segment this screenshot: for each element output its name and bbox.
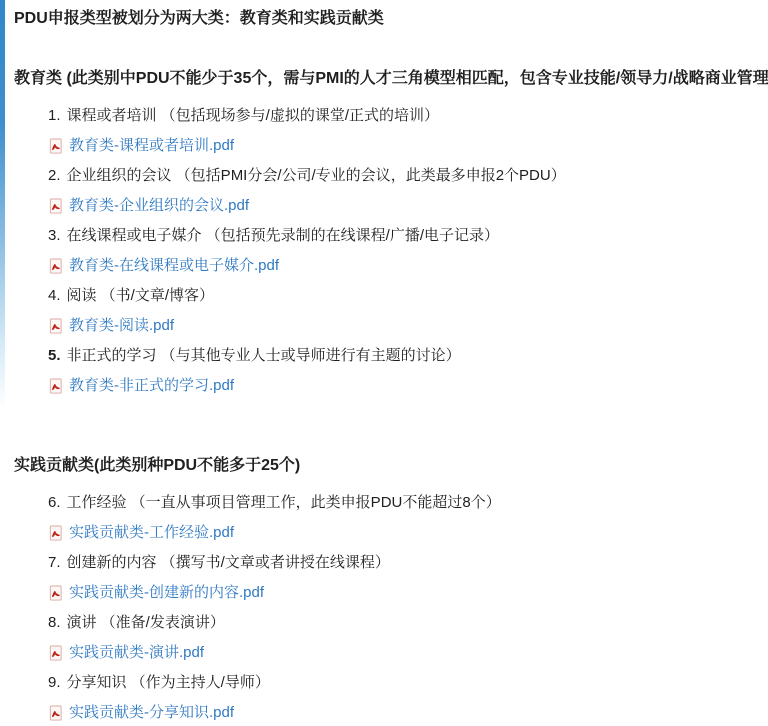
pdf-link-row: 教育类-在线课程或电子媒介.pdf [48, 255, 762, 276]
item-number: 9. [48, 674, 61, 691]
list-item: 6.工作经验 （一直从事项目管理工作，此类申报PDU不能超过8个） [48, 492, 762, 513]
pdf-link-row: 实践贡献类-分享知识.pdf [48, 702, 762, 723]
pdf-link-row: 教育类-非正式的学习.pdf [48, 375, 762, 396]
pdf-link[interactable]: 实践贡献类-创建新的内容.pdf [69, 582, 264, 603]
pdf-link[interactable]: 实践贡献类-工作经验.pdf [69, 522, 234, 543]
list-item: 1.课程或者培训 （包括现场参与/虚拟的课堂/正式的培训） [48, 105, 762, 126]
item-text: 课程或者培训 （包括现场参与/虚拟的课堂/正式的培训） [67, 107, 440, 124]
item-number: 2. [48, 167, 61, 184]
list-item: 4.阅读 （书/文章/博客） [48, 285, 762, 306]
item-text: 工作经验 （一直从事项目管理工作，此类申报PDU不能超过8个） [67, 494, 501, 511]
pdf-icon [48, 378, 63, 394]
pdf-icon [48, 705, 63, 721]
pdf-link-row: 实践贡献类-工作经验.pdf [48, 522, 762, 543]
pdf-link[interactable]: 教育类-阅读.pdf [69, 315, 174, 336]
pdf-link-row: 教育类-课程或者培训.pdf [48, 135, 762, 156]
list-item: 5.非正式的学习 （与其他专业人士或导师进行有主题的讨论） [48, 345, 762, 366]
list-item: 3.在线课程或电子媒介 （包括预先录制的在线课程/广播/电子记录） [48, 225, 762, 246]
practice-list: 6.工作经验 （一直从事项目管理工作，此类申报PDU不能超过8个） 实践贡献类-… [14, 492, 762, 723]
item-number: 1. [48, 107, 61, 124]
pdf-link[interactable]: 实践贡献类-分享知识.pdf [69, 702, 234, 723]
pdf-link[interactable]: 实践贡献类-演讲.pdf [69, 642, 204, 663]
pdf-icon [48, 525, 63, 541]
pdf-link-row: 教育类-阅读.pdf [48, 315, 762, 336]
pdf-icon [48, 585, 63, 601]
item-number: 7. [48, 554, 61, 571]
pdf-icon [48, 198, 63, 214]
pdf-icon [48, 258, 63, 274]
pdf-link[interactable]: 教育类-在线课程或电子媒介.pdf [69, 255, 279, 276]
item-text: 创建新的内容 （撰写书/文章或者讲授在线课程） [67, 554, 390, 571]
pdf-link[interactable]: 教育类-课程或者培训.pdf [69, 135, 234, 156]
item-number: 3. [48, 227, 61, 244]
pdf-icon [48, 645, 63, 661]
list-item: 8.演讲 （准备/发表演讲） [48, 612, 762, 633]
item-number: 5. [48, 347, 61, 364]
pdf-link[interactable]: 教育类-非正式的学习.pdf [69, 375, 234, 396]
pdf-link-row: 实践贡献类-创建新的内容.pdf [48, 582, 762, 603]
item-text: 企业组织的会议 （包括PMI分会/公司/专业的会议，此类最多申报2个PDU） [67, 167, 566, 184]
item-text: 演讲 （准备/发表演讲） [67, 614, 225, 631]
section-heading-practice: 实践贡献类(此类别种PDU不能多于25个) [14, 455, 762, 476]
pdf-link-row: 教育类-企业组织的会议.pdf [48, 195, 762, 216]
list-item: 9.分享知识 （作为主持人/导师） [48, 672, 762, 693]
section-heading-education: 教育类 (此类别中PDU不能少于35个，需与PMI的人才三角模型相匹配，包含专业… [14, 68, 762, 89]
pdf-icon [48, 318, 63, 334]
education-list: 1.课程或者培训 （包括现场参与/虚拟的课堂/正式的培训） 教育类-课程或者培训… [14, 105, 762, 396]
pdf-icon [48, 138, 63, 154]
item-number: 8. [48, 614, 61, 631]
item-text: 分享知识 （作为主持人/导师） [67, 674, 270, 691]
item-number: 4. [48, 287, 61, 304]
item-number: 6. [48, 494, 61, 511]
item-text: 阅读 （书/文章/博客） [67, 287, 215, 304]
document-body: PDU申报类型被划分为两大类：教育类和实践贡献类 教育类 (此类别中PDU不能少… [0, 0, 768, 723]
item-text: 非正式的学习 （与其他专业人士或导师进行有主题的讨论） [67, 347, 461, 364]
list-item: 2.企业组织的会议 （包括PMI分会/公司/专业的会议，此类最多申报2个PDU） [48, 165, 762, 186]
pdf-link[interactable]: 教育类-企业组织的会议.pdf [69, 195, 249, 216]
list-item: 7.创建新的内容 （撰写书/文章或者讲授在线课程） [48, 552, 762, 573]
item-text: 在线课程或电子媒介 （包括预先录制的在线课程/广播/电子记录） [67, 227, 500, 244]
page-title: PDU申报类型被划分为两大类：教育类和实践贡献类 [14, 8, 762, 29]
pdf-link-row: 实践贡献类-演讲.pdf [48, 642, 762, 663]
